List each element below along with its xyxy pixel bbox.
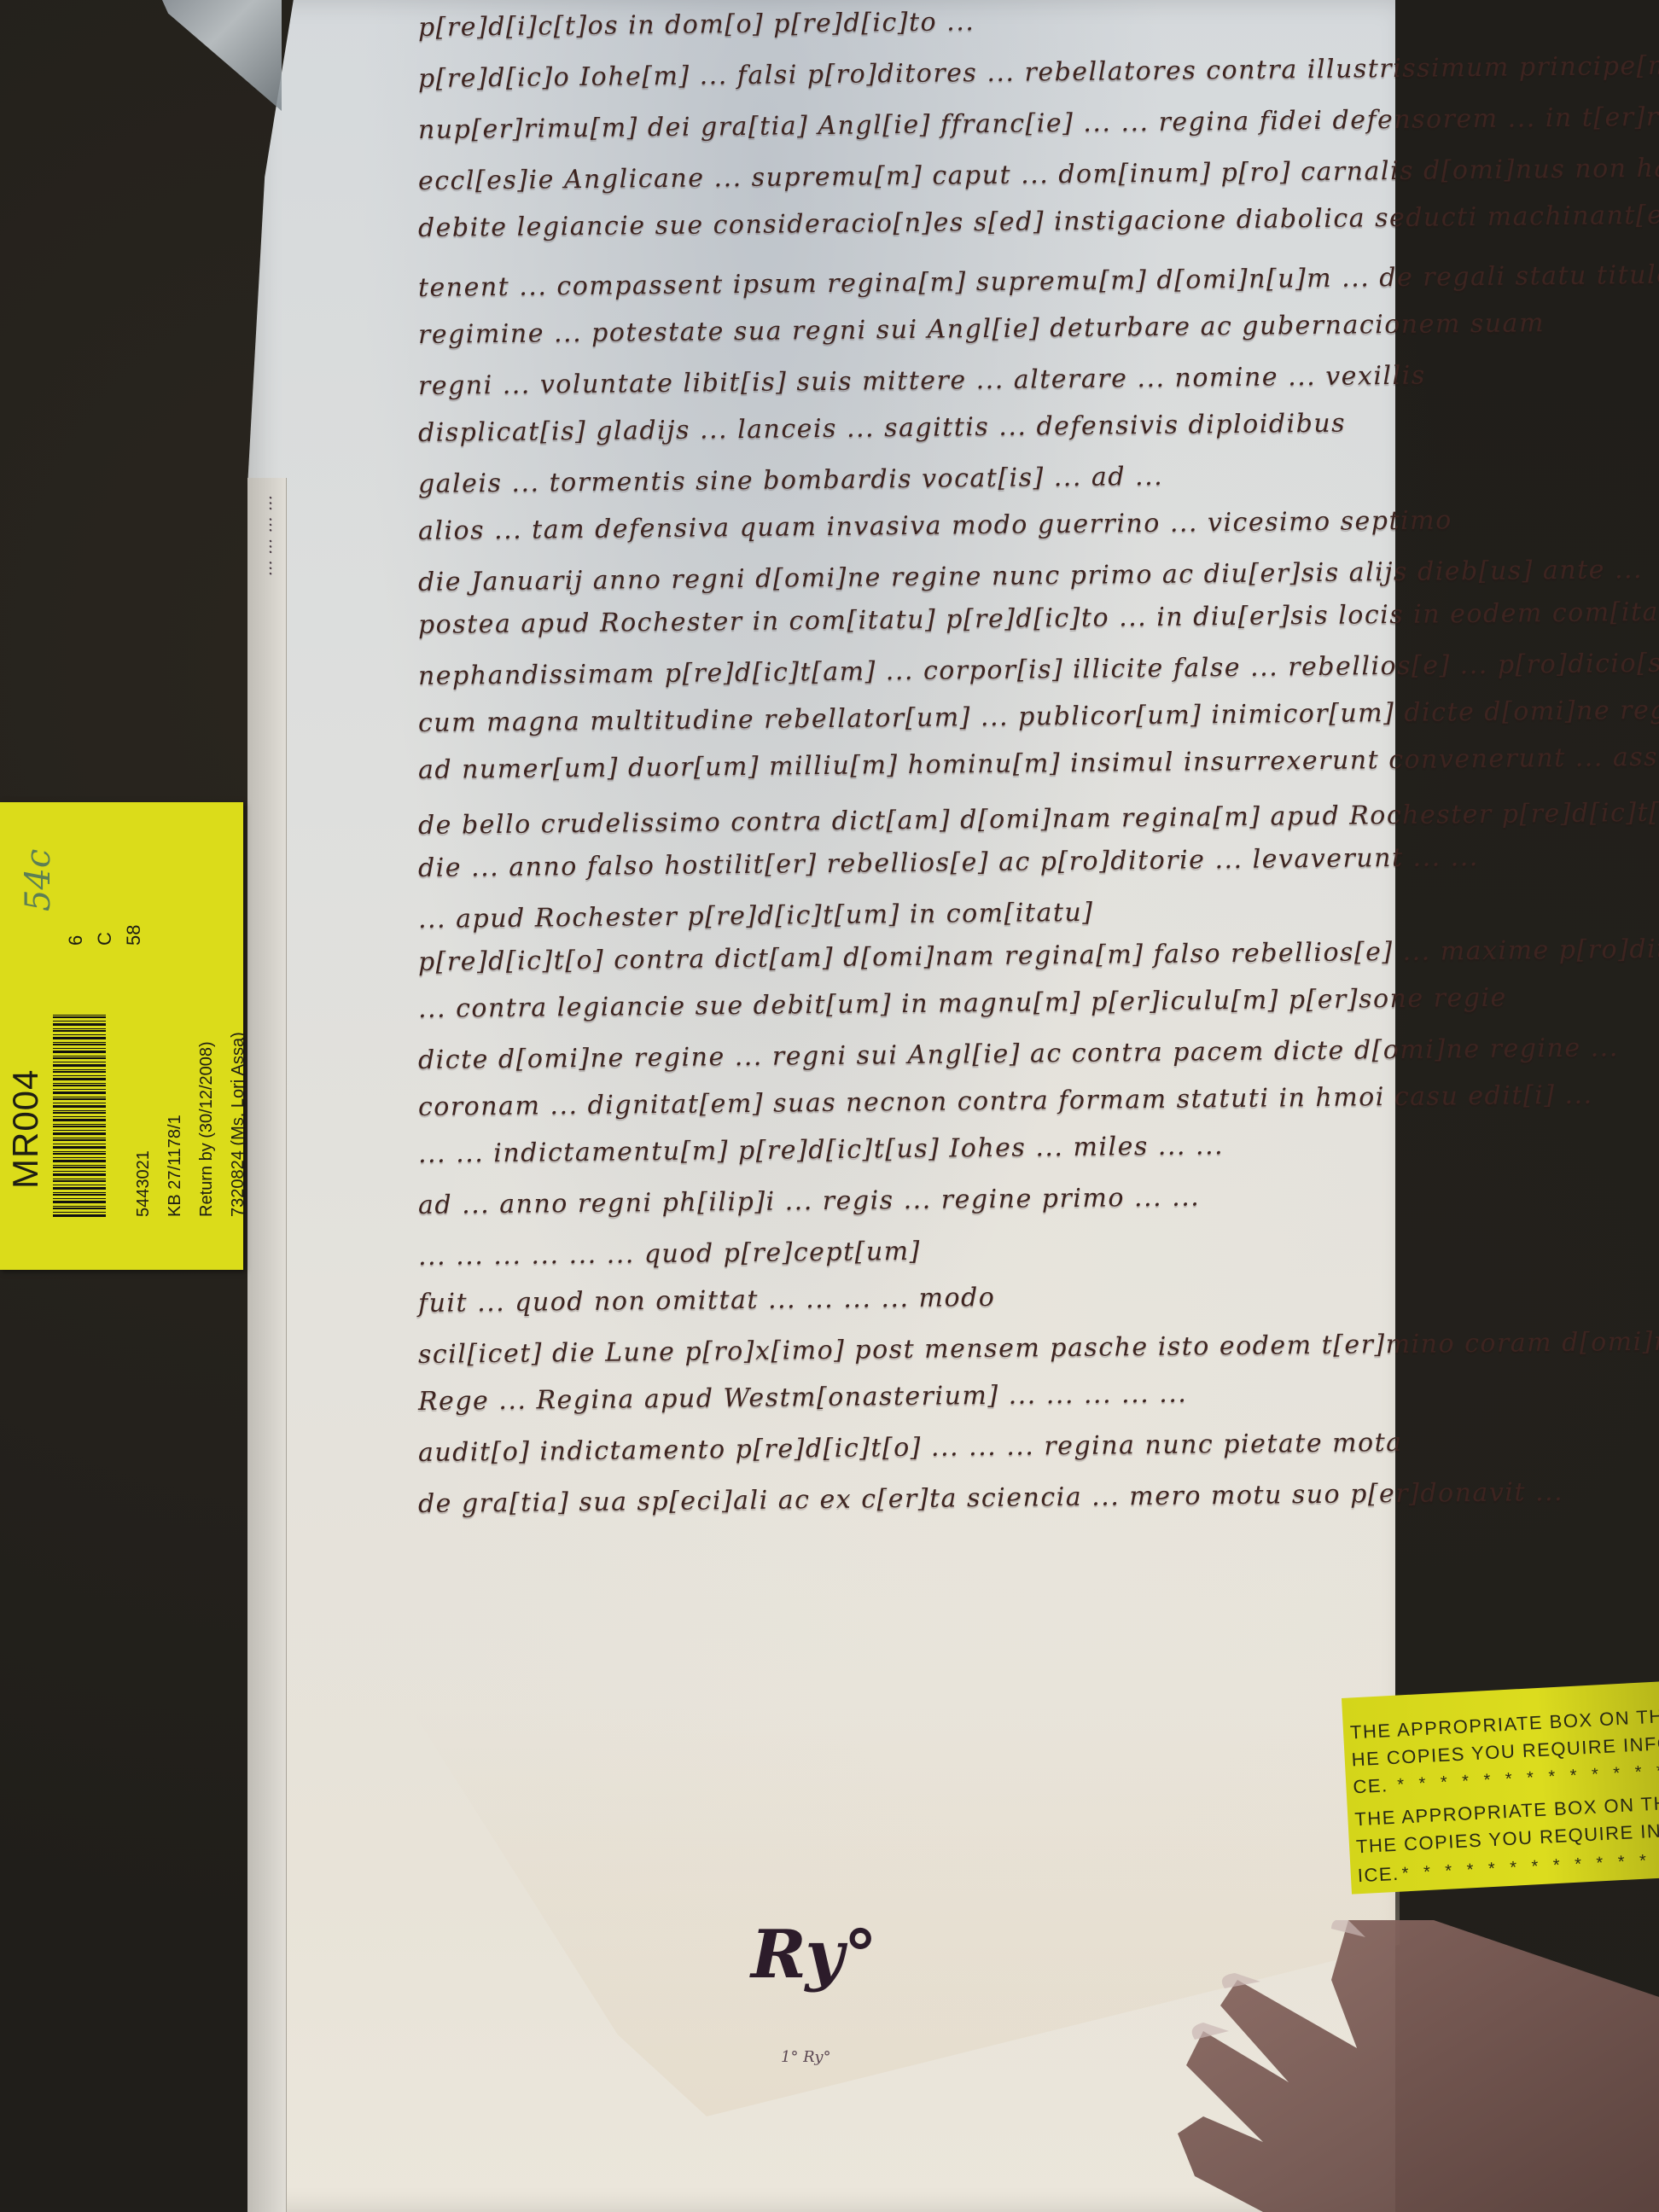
manuscript-line: ... ... ... ... ... ... quod p[re]cept[u…	[418, 1237, 921, 1272]
label-details: 5443021 KB 27/1178/1 Return by (30/12/20…	[128, 1032, 254, 1217]
location-code: 6 C 58	[61, 925, 148, 946]
document-reference: KB 27/1178/1	[160, 1032, 191, 1217]
order-slip-strip: THE APPROPRIATE BOX ON THE OPPOS HE COPI…	[1342, 1681, 1659, 1895]
barcode	[53, 1012, 106, 1217]
holding-hand	[1144, 1920, 1659, 2212]
manuscript-line: fuit ... quod non omittat ... ... ... ..…	[418, 1283, 996, 1318]
archive-label: MR004 5443021 KB 27/1178/1 Return by (30…	[0, 802, 243, 1270]
return-by-date: Return by (30/12/2008)	[191, 1032, 223, 1217]
handwritten-note: 54c	[19, 849, 58, 911]
manuscript-line: p[re]d[i]c[t]os in dom[o] p[re]d[ic]to .…	[418, 7, 975, 43]
requester: 7320824 (Ms. Lori Assa)	[223, 1032, 254, 1217]
signature-mark: Ry°	[751, 1916, 877, 1994]
margin-marks: ... ... ... ...	[256, 495, 290, 576]
label-code: MR004	[5, 1069, 46, 1189]
signature-note: 1° Ry°	[781, 2048, 831, 2066]
parchment-left-margin	[247, 478, 287, 2212]
barcode-number: 5443021	[128, 1032, 160, 1217]
